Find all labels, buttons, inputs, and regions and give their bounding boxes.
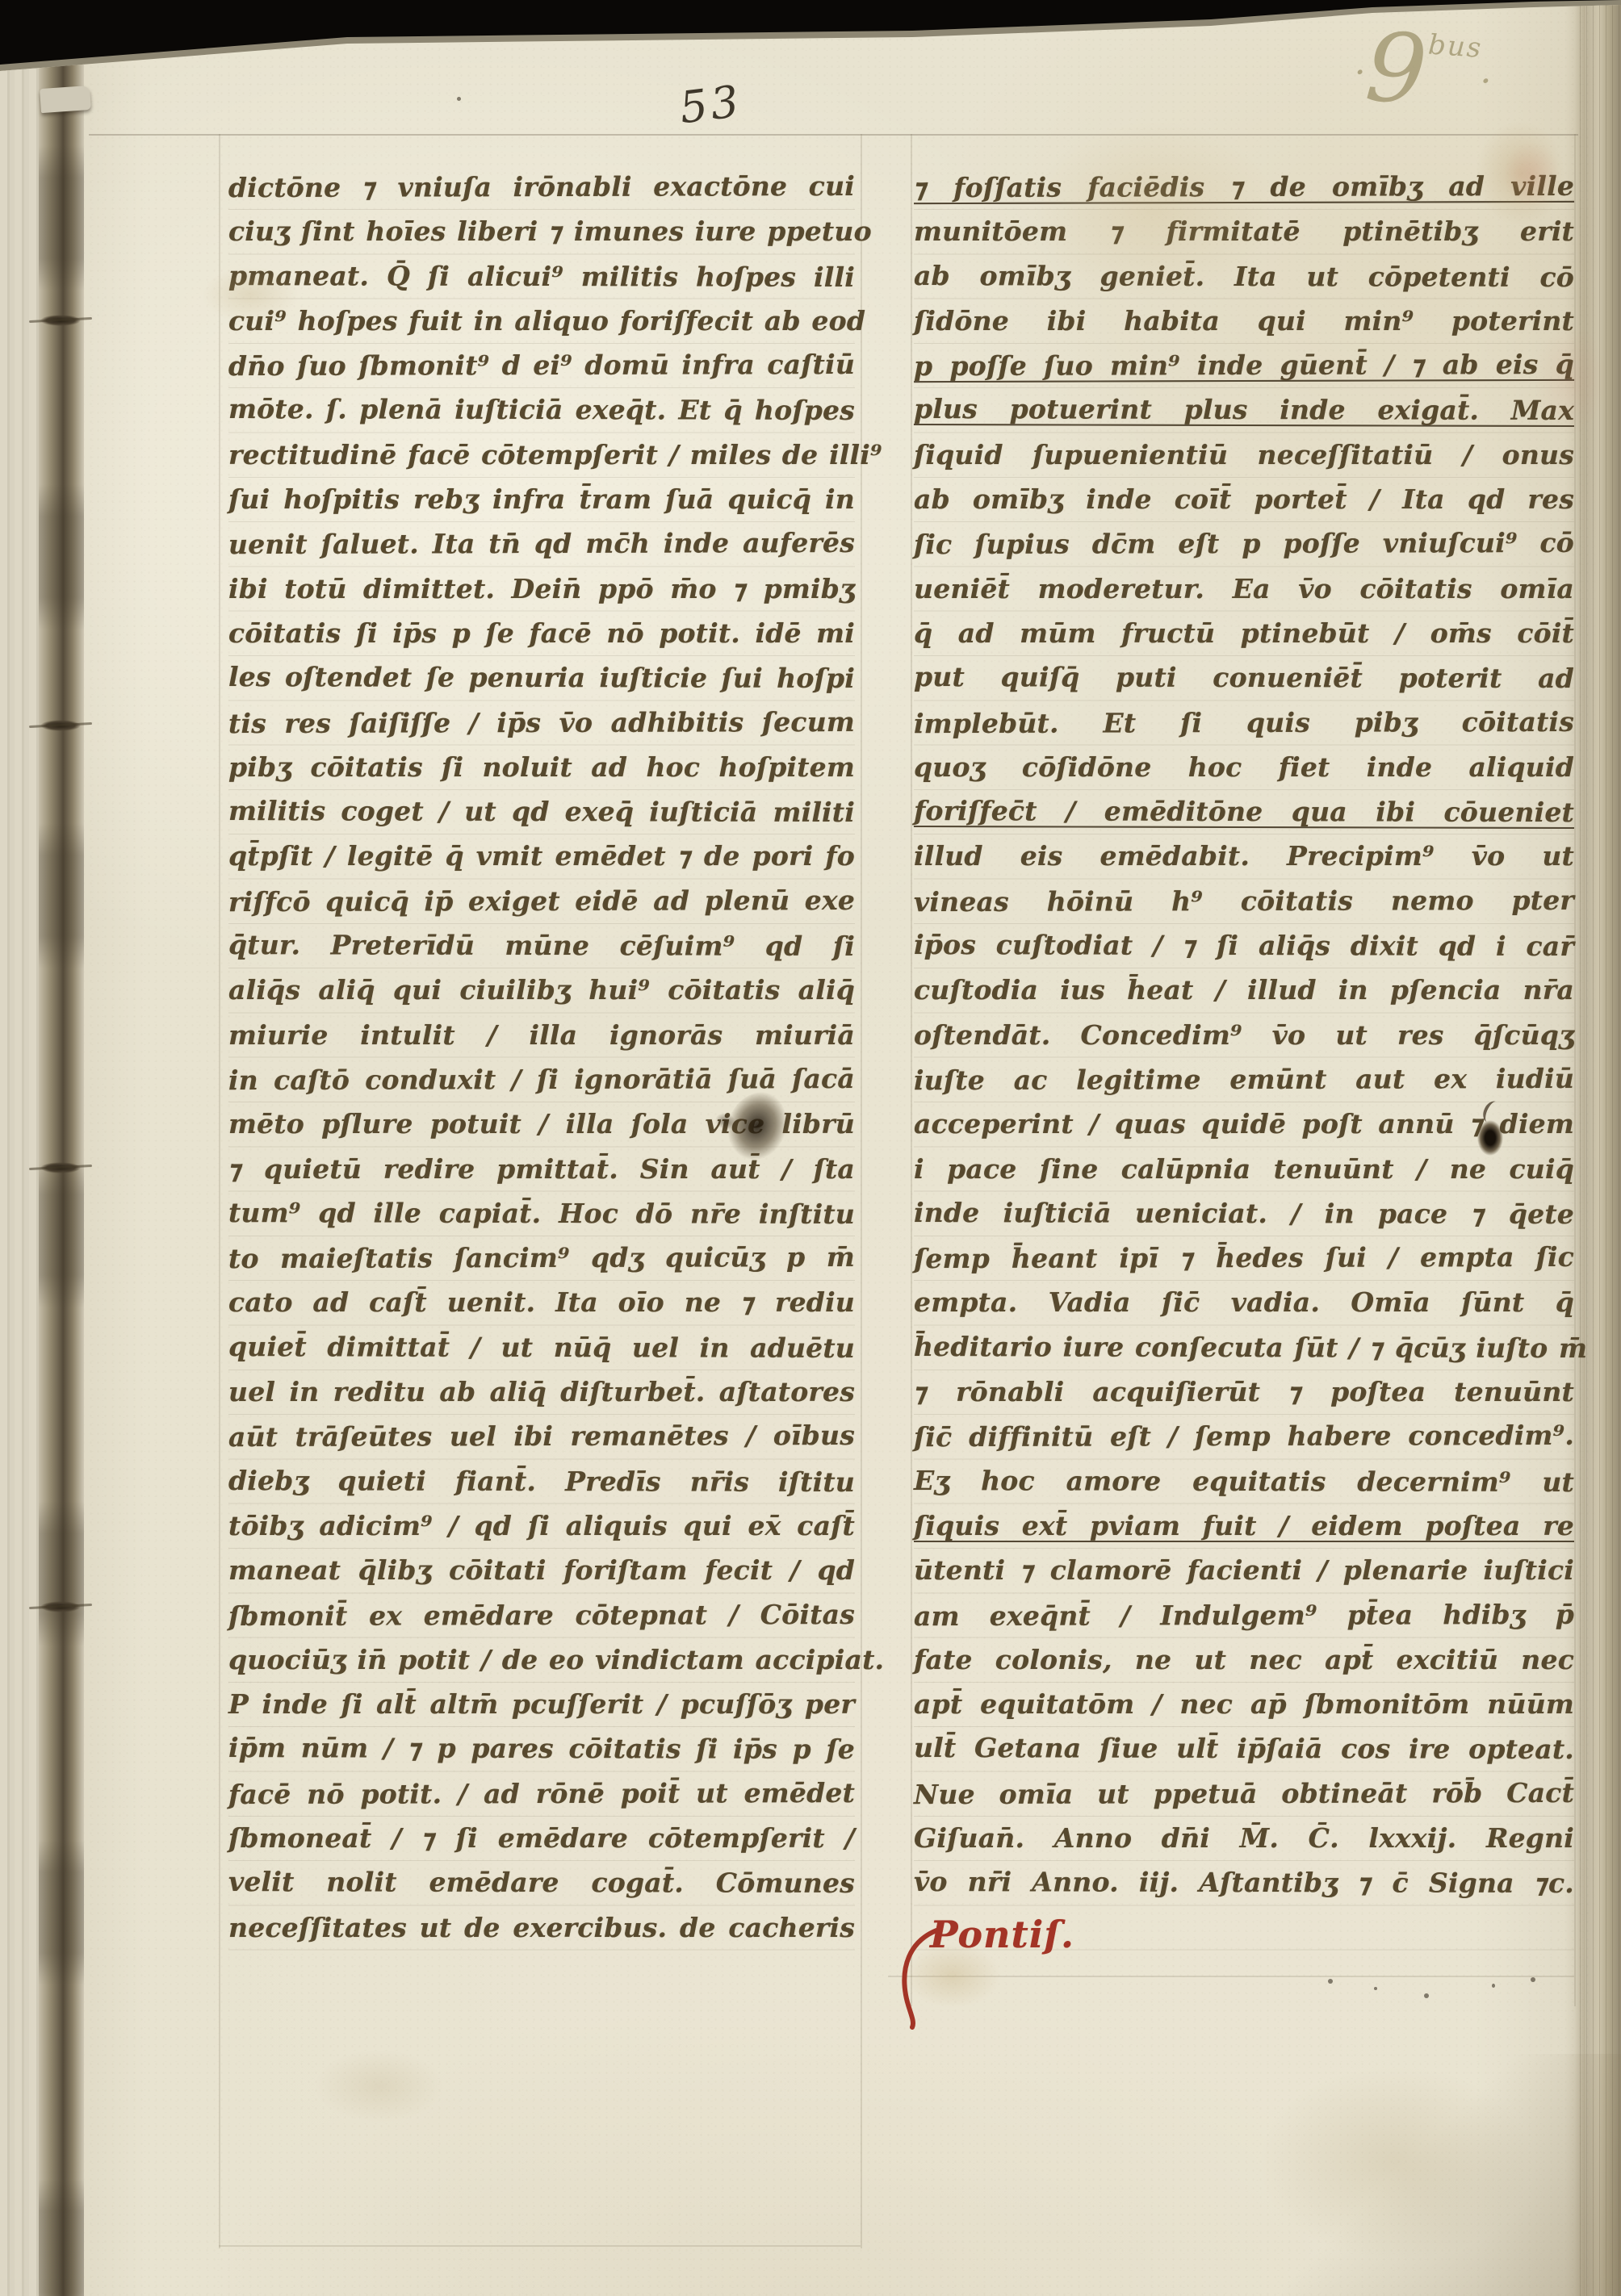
- manuscript-text-line: mōte. ſ. plenā iuſticiā exeq̄t. Et q̄ ho…: [228, 387, 855, 433]
- binding-gutter: [39, 48, 84, 2296]
- manuscript-text-line: dictōne ⁊ vniuſa irōnabli exactōne cui: [228, 164, 855, 210]
- manuscript-text-line: cuſtodia ius h̄eat / illud in pſencia nr…: [914, 968, 1574, 1012]
- manuscript-text-line: ip̄m nūm / ⁊ p pares cōitatis ſi ip̄s p …: [228, 1725, 855, 1771]
- speck: [1492, 1984, 1495, 1988]
- sewing-station: [40, 315, 81, 326]
- manuscript-text-line: acceperint / quas quidē poſt annū ⁊ diem: [914, 1102, 1574, 1146]
- manuscript-text-line: ūtenti ⁊ clamorē facienti / plenarie iuſ…: [914, 1548, 1574, 1592]
- manuscript-text-line: pmaneat. Q̄ ſi alicui⁹ militis hoſpes il…: [228, 253, 855, 299]
- speck: [1328, 1979, 1333, 1984]
- manuscript-text-line: ab omībʒ geniet̄. Ita ut cōpetenti cō: [914, 253, 1574, 299]
- sewing-station: [40, 1601, 81, 1612]
- manuscript-text-line: neceſſitates ut de exercibus. de cacheri…: [228, 1905, 855, 1950]
- manuscript-text-line: cui⁹ hoſpes fuit in aliquo foriſfecit ab…: [228, 299, 855, 343]
- sewing-station: [40, 720, 81, 731]
- manuscript-text-line: ſiquid ſupuenientiū neceſſitatiū / onus: [914, 433, 1574, 477]
- manuscript-text-line: cōitatis ſi ip̄s p ſe facē nō potit. idē…: [228, 611, 855, 655]
- folio-dot: ·: [1479, 61, 1493, 102]
- ruling-line-vertical: [219, 134, 220, 2248]
- corner-shading: [1282, 2054, 1621, 2296]
- manuscript-text-line: i pace ſine calūpnia tenuūnt / ne cuiq̄: [914, 1147, 1574, 1191]
- manuscript-text-line: aūt trāſeūtes uel ibi remanētes / oībus: [228, 1413, 855, 1459]
- manuscript-text-line: rectitudinē facē cōtempſerit / miles de …: [228, 433, 855, 477]
- manuscript-text-line: ſic̄ diffinitū eſt / ſemp habere concedi…: [914, 1413, 1574, 1460]
- manuscript-text-line: ſiquis ext̄ pviam fuit / eidem poſtea re: [914, 1503, 1574, 1548]
- manuscript-text-line: put quiſq̄ puti conueniēt̄ poterit ad: [914, 655, 1574, 701]
- manuscript-text-line: dn̄o ſuo ſbmonit⁹ d ei⁹ domū infra caſti…: [228, 342, 855, 388]
- manuscript-text-line: tōibʒ adicim⁹ / qd ſi aliquis qui ex̄ ca…: [228, 1503, 855, 1548]
- manuscript-page: 53 ·9bus· dictōne ⁊ vniuſa irōnabli exac…: [0, 0, 1621, 2296]
- manuscript-text-line: vineas hōinū h⁹ cōitatis nemo pter: [914, 878, 1574, 925]
- manuscript-text-line: facē nō potit. / ad rōnē poit̄ ut emēdet: [228, 1771, 855, 1817]
- manuscript-text-line: munitōem ⁊ firmitatē ptinētibʒ erit: [914, 209, 1574, 253]
- manuscript-text-line: ip̄os cuſtodiat / ⁊ ſi aliq̄s dixit qd i…: [914, 922, 1574, 968]
- manuscript-text-line: apt̄ equitatōm / nec ap̄ ſbmonitōm nūūm: [914, 1682, 1574, 1726]
- manuscript-text-line: ſbmonit̄ ex emēdare cōtepnat / Cōitas: [228, 1591, 855, 1637]
- manuscript-text-line: aliq̄s aliq̄ qui ciuilibʒ hui⁹ cōitatis …: [228, 968, 855, 1012]
- manuscript-text-line: ueniēt̄ moderetur. Ea v̄o cōitatis omīa: [914, 567, 1574, 611]
- speck: [1424, 1993, 1429, 1998]
- folio-mark: ·9bus·: [1351, 18, 1495, 123]
- manuscript-text-line: h̄editario iure conſecuta ſūt / ⁊ q̄cūʒ …: [914, 1324, 1574, 1370]
- parchment-flap: [40, 86, 91, 113]
- manuscript-text-line: diebʒ quieti fiant̄. Predīs nr̄is iſtitu: [228, 1458, 855, 1504]
- page-edge-right-stack: [1574, 0, 1621, 2296]
- ruling-line-vertical: [911, 134, 912, 2006]
- manuscript-text-line: v̄o nr̄i Anno. iij. Aſtantibʒ ⁊ c̄ Signa…: [914, 1859, 1574, 1905]
- manuscript-text-line: maneat q̄libʒ cōitati foriſtam fecit / q…: [228, 1548, 855, 1592]
- manuscript-text-line: Nue omīa ut ppetuā obtineāt rōb̄ Cact̄: [914, 1771, 1574, 1817]
- manuscript-text-line: uenit ſaluet. Ita tn̄ qd mc̄h inde aufer…: [228, 521, 855, 567]
- ruling-line-vertical: [1574, 134, 1576, 2006]
- sewing-station: [40, 1162, 81, 1173]
- manuscript-text-line: ſidōne ibi habita qui min⁹ poterint: [914, 299, 1574, 343]
- manuscript-text-line: implebūt. Et ſi quis pibʒ cōitatis: [914, 699, 1574, 746]
- manuscript-text-line: ⁊ foſſatis faciēdis ⁊ de omībʒ ad ville: [914, 164, 1574, 211]
- manuscript-text-line: inde iuſticiā ueniciat. / in pace ⁊ q̄et…: [914, 1190, 1574, 1236]
- manuscript-text-line: q̄ ad mūm fructū ptinebūt / om̄s cōit̄: [914, 611, 1574, 655]
- manuscript-text-line: plus potuerint plus inde exigat̄. Max: [914, 387, 1574, 433]
- manuscript-text-line: fate colonis, ne ut nec apt̄ excitiū nec: [914, 1637, 1574, 1682]
- folio-numeral: 9: [1362, 10, 1430, 126]
- manuscript-text-line: velit nolit emēdare cogat̄. Cōmunes: [228, 1859, 855, 1905]
- rubric-text: Pontiſ.: [930, 1913, 1074, 1956]
- speck: [1531, 1977, 1535, 1982]
- manuscript-text-line: ciuʒ ſint hoīes liberi ⁊ imunes iure ppe…: [228, 209, 855, 253]
- manuscript-text-line: oſtendāt. Concedim⁹ v̄o ut res q̄ſcūqʒ: [914, 1013, 1574, 1057]
- page-edge-left-stack: [0, 65, 40, 2296]
- manuscript-text-line: Eʒ hoc amore equitatis decernim⁹ ut: [914, 1458, 1574, 1504]
- manuscript-scan: 53 ·9bus· dictōne ⁊ vniuſa irōnabli exac…: [0, 0, 1621, 2296]
- speck: [1374, 1987, 1377, 1990]
- ruling-line-top: [89, 134, 1578, 136]
- manuscript-text-line: quoʒ cōſidōne hoc fiet inde aliquid: [914, 745, 1574, 789]
- manuscript-text-line: foriſfec̄t / emēditōne qua ibi cōueniet: [914, 788, 1574, 834]
- manuscript-text-line: to maieſtatis ſancim⁹ qdʒ quicūʒ p m̄: [228, 1235, 855, 1281]
- manuscript-text-line: quiet̄ dimittat̄ / ut nūq̄ uel in aduētu: [228, 1324, 855, 1370]
- manuscript-text-line: les oſtendet ſe penuria iuſticie ſui hoſ…: [228, 655, 855, 701]
- text-column-right: ⁊ foſſatis faciēdis ⁊ de omībʒ ad villem…: [914, 165, 1574, 1905]
- ruling-line-bottom-left: [219, 2245, 861, 2247]
- manuscript-text-line: ⁊ rōnabli acquiſierūt ⁊ poſtea tenuūnt: [914, 1370, 1574, 1414]
- manuscript-text-line: Giſuan̄. Anno dn̄i M̄. C̄. lxxxij. Regni: [914, 1816, 1574, 1860]
- manuscript-text-line: ſic ſupius dc̄m eſt p poſſe vniuſcui⁹ cō: [914, 521, 1574, 567]
- manuscript-text-line: miurie intulit / illa ignorās miuriā: [228, 1013, 855, 1057]
- manuscript-text-line: tis res ſaiſiſſe / ip̄s v̄o adhibitis ſe…: [228, 699, 855, 745]
- manuscript-text-line: cato ad caſt̄ uenit. Ita oīo ne ⁊ rediu: [228, 1280, 855, 1324]
- manuscript-text-line: p poſſe ſuo min⁹ inde gūent̄ / ⁊ ab eis …: [914, 342, 1574, 389]
- manuscript-text-line: illud eis emēdabit. Precipim⁹ v̄o ut: [914, 834, 1574, 878]
- manuscript-text-line: tum⁹ qd ille capiat̄. Hoc dō nr̄e inſtit…: [228, 1190, 855, 1236]
- manuscript-text-line: ibi totū dimittet. Dein̄ ppō m̄o ⁊ pmibʒ: [228, 567, 855, 611]
- manuscript-text-line: am exeq̄nt̄ / Indulgem⁹ pt̄ea hdibʒ p̄: [914, 1591, 1574, 1638]
- manuscript-text-line: P inde ſi alt̄ altm̄ pcuſſerit / pcuſſōʒ…: [228, 1682, 855, 1726]
- speck: [457, 97, 461, 101]
- manuscript-text-line: uel in reditu ab aliq̄ diſturbet̄. aſtat…: [228, 1370, 855, 1414]
- manuscript-text-line: iuſte ac legitime emūnt aut ex iudiū: [914, 1056, 1574, 1103]
- text-column-left: dictōne ⁊ vniuſa irōnabli exactōne cuici…: [228, 165, 855, 1950]
- manuscript-text-line: militis coget / ut qd exeq̄ iuſticiā mil…: [228, 788, 855, 834]
- manuscript-text-line: riſfcō quicq̄ ip̄ exiget eidē ad plenū e…: [228, 878, 855, 924]
- stain: [315, 2050, 444, 2122]
- manuscript-text-line: pibʒ cōitatis ſi noluit ad hoc hoſpitem: [228, 745, 855, 789]
- manuscript-text-line: ult̄ Getana ſiue ult̄ ip̄ſaiā cos ire op…: [914, 1725, 1574, 1771]
- page-number: 53: [676, 76, 744, 134]
- manuscript-text-line: qt̄pſit / legitē q̄ vmit emēdet ⁊ de por…: [228, 834, 855, 878]
- manuscript-text-line: empta. Vadia ſic̄ vadia. Omīa ſūnt q̄: [914, 1280, 1574, 1324]
- manuscript-text-line: ſui hoſpitis rebʒ infra t̄ram ſuā quicq̄…: [228, 477, 855, 521]
- manuscript-text-line: q̄tur. Preterīdū mūne cēſuim⁹ qd ſi: [228, 922, 855, 968]
- manuscript-text-line: ſemp h̄eant ipī ⁊ h̄edes ſui / empta ſic: [914, 1235, 1574, 1282]
- rubric-explicit: Pontiſ.: [909, 1905, 1183, 2001]
- manuscript-text-line: ſbmoneat̄ / ⁊ ſi emēdare cōtempſerit /: [228, 1816, 855, 1860]
- folio-abbreviation: bus: [1427, 28, 1484, 65]
- manuscript-text-line: ab omībʒ inde coīt̄ portet̄ / Ita qd res: [914, 477, 1574, 521]
- manuscript-text-line: quociūʒ in̄ potit / de eo vindictam acci…: [228, 1637, 855, 1682]
